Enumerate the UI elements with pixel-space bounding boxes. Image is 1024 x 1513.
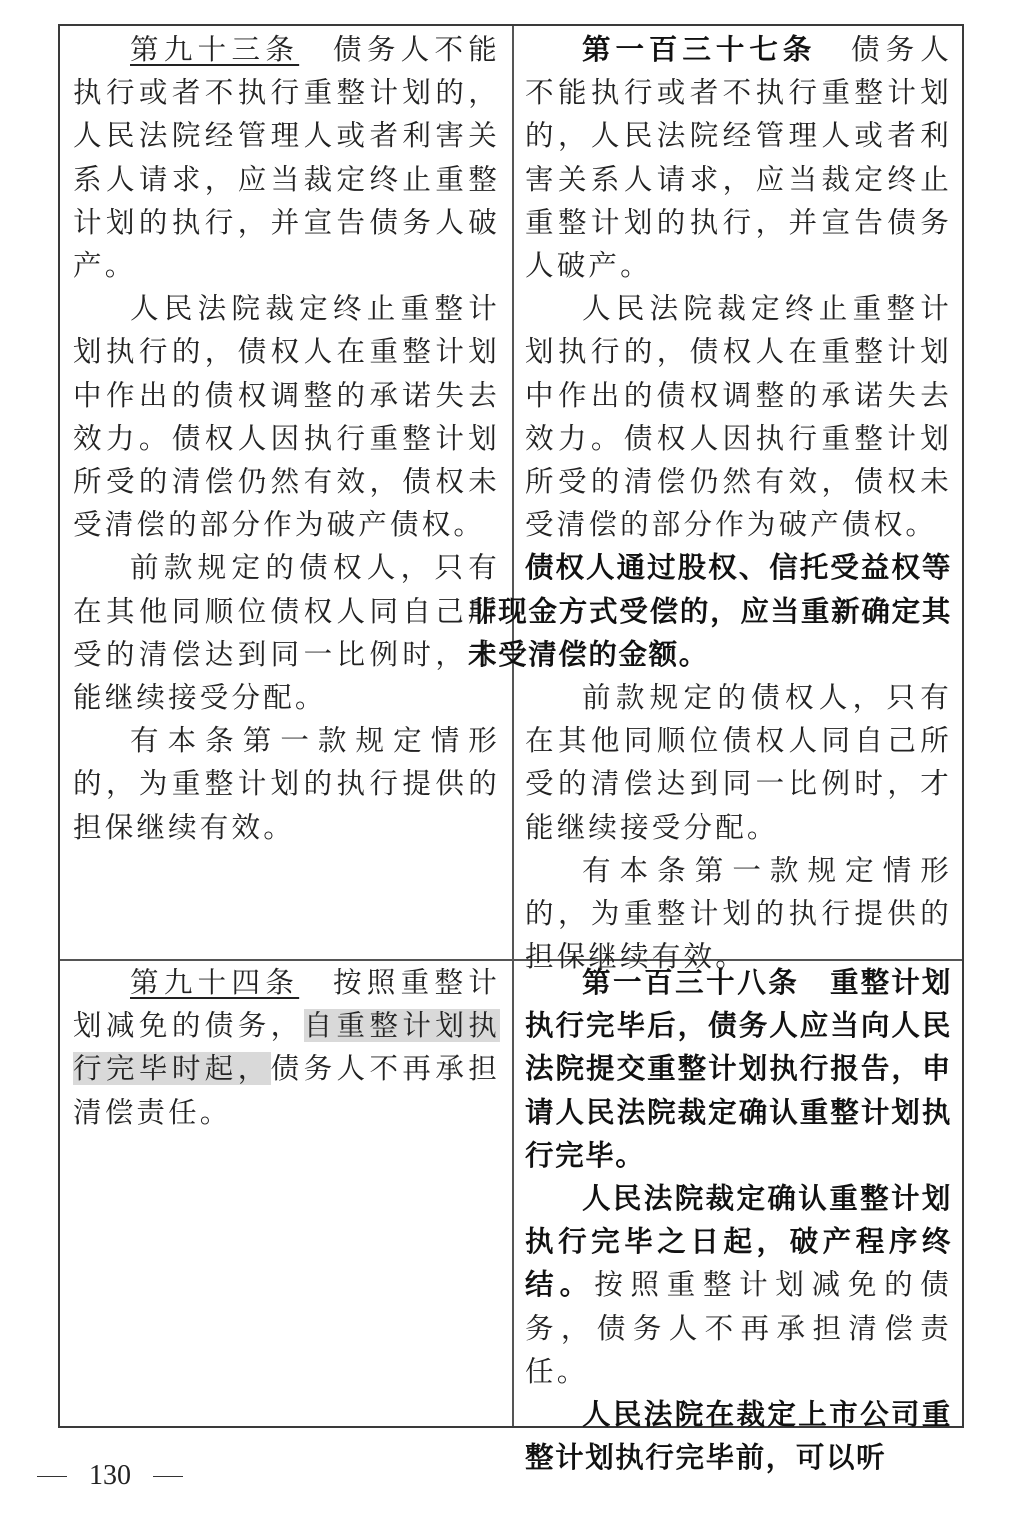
paragraph-text: 债务人不能执行或者不执行重整计划的，人民法院经管理人或者利害关系人请求，应当裁定… (73, 33, 500, 282)
paragraph: 前款规定的债权人，只有在其他同顺位债权人同自己所受的清偿达到同一比例时，才能继续… (73, 546, 500, 719)
paragraph: 第一百三十七条 债务人不能执行或者不执行重整计划的，人民法院经管理人或者利害关系… (525, 28, 952, 287)
paragraph: 人民法院裁定确认重整计划执行完毕之日起，破产程序终结。按照重整计划减免的债务，债… (525, 1177, 952, 1393)
added-text: 人民法院在裁定上市公司重整计划执行完毕前，可以听 (525, 1398, 952, 1474)
article-number: 第九十四条 (130, 966, 299, 999)
paragraph: 人民法院裁定终止重整计划执行的，债权人在重整计划中作出的债权调整的承诺失去效力。… (73, 287, 500, 546)
dash-right (153, 1476, 183, 1477)
paragraph: 第九十三条 债务人不能执行或者不执行重整计划的，人民法院经管理人或者利害关系人请… (73, 28, 500, 287)
article-number: 第九十三条 (130, 33, 299, 66)
paragraph: 第一百三十八条 重整计划执行完毕后，债务人应当向人民法院提交重整计划执行报告，申… (525, 961, 952, 1177)
comparison-table: 第九十三条 债务人不能执行或者不执行重整计划的，人民法院经管理人或者利害关系人请… (58, 24, 964, 1428)
paragraph: 人民法院在裁定上市公司重整计划执行完毕前，可以听 (525, 1393, 952, 1479)
paragraph: 人民法院裁定终止重整计划执行的，债权人在重整计划中作出的债权调整的承诺失去效力。… (525, 287, 952, 676)
article-number: 第一百三十七条 (582, 33, 816, 66)
paragraph: 第九十四条 按照重整计划减免的债务，自重整计划执行完毕时起，债务人不再承担清偿责… (73, 961, 500, 1134)
page-footer: 130 (37, 1460, 183, 1492)
article-number: 第一百三十八条 (582, 966, 799, 999)
page-number: 130 (89, 1460, 131, 1492)
cell-old-article-94: 第九十四条 按照重整计划减免的债务，自重整计划执行完毕时起，债务人不再承担清偿责… (60, 961, 512, 1426)
added-text: 债权人通过股权、信托受益权等非现金方式受偿的，应当重新确定其未受清偿的金额。 (468, 546, 952, 676)
paragraph: 有本条第一款规定情形的，为重整计划的执行提供的担保继续有效。 (525, 849, 952, 979)
cell-new-article-137: 第一百三十七条 债务人不能执行或者不执行重整计划的，人民法院经管理人或者利害关系… (514, 28, 964, 959)
cell-new-article-138: 第一百三十八条 重整计划执行完毕后，债务人应当向人民法院提交重整计划执行报告，申… (514, 961, 964, 1426)
paragraph: 前款规定的债权人，只有在其他同顺位债权人同自己所受的清偿达到同一比例时，才能继续… (525, 676, 952, 849)
paragraph-text: 债务人不能执行或者不执行重整计划的，人民法院经管理人或者利害关系人请求，应当裁定… (525, 33, 952, 282)
dash-left (37, 1476, 67, 1477)
cell-old-article-93: 第九十三条 债务人不能执行或者不执行重整计划的，人民法院经管理人或者利害关系人请… (60, 28, 512, 959)
paragraph-text: 人民法院裁定终止重整计划执行的，债权人在重整计划中作出的债权调整的承诺失去效力。… (525, 292, 952, 541)
paragraph: 有本条第一款规定情形的，为重整计划的执行提供的担保继续有效。 (73, 719, 500, 849)
